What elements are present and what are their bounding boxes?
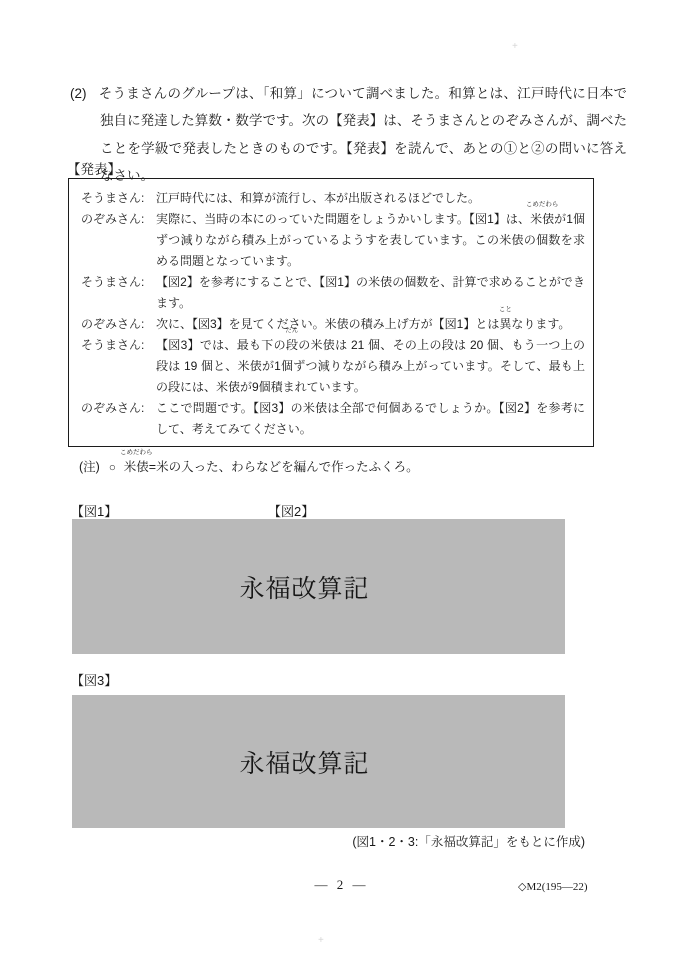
presentation-box: そうまさん: 江戸時代には、和算が流行し、本が出版されるほどでした。 のぞみさん… bbox=[68, 178, 594, 447]
dialogue-row: そうまさん: 江戸時代には、和算が流行し、本が出版されるほどでした。 bbox=[81, 188, 585, 209]
speaker-name: のぞみさん: bbox=[81, 209, 156, 272]
registration-mark: + bbox=[512, 42, 518, 52]
question-text: そうまさんのグループは、「和算」について調べました。和算とは、江戸時代に日本で独… bbox=[99, 86, 628, 184]
speaker-name: そうまさん: bbox=[81, 272, 156, 314]
figure-source-text: 永福改算記 bbox=[239, 744, 369, 780]
footnote: (注)○米俵こめだわら=米の入った、わらなどを編んで作ったふくろ。 bbox=[79, 457, 419, 475]
dialogue-row: そうまさん: 【図3】では、最も下の段だんの米俵は 21 個、その上の段は 20… bbox=[81, 335, 585, 398]
speaker-name: そうまさん: bbox=[81, 188, 156, 209]
dialogue-text: 次に、【図3】を見てください。米俵の積み上げ方が【図1】とは異ことなります。 bbox=[156, 314, 585, 335]
footnote-text: 米俵こめだわら=米の入った、わらなどを編んで作ったふくろ。 bbox=[124, 460, 419, 474]
registration-mark: + bbox=[318, 936, 324, 946]
footnote-bullet-icon: ○ bbox=[109, 462, 116, 474]
document-code: ◇M2(195—22) bbox=[518, 880, 588, 893]
dialogue-text: 【図2】を参考にすることで、【図1】の米俵の個数を、計算で求めることができます。 bbox=[156, 272, 585, 314]
exam-page: (2)そうまさんのグループは、「和算」について調べました。和算とは、江戸時代に日… bbox=[0, 0, 680, 962]
dialogue-row: のぞみさん: ここで問題です。【図3】の米俵は全部で何個あるでしょうか。【図2】… bbox=[81, 398, 585, 440]
dialogue-text: ここで問題です。【図3】の米俵は全部で何個あるでしょうか。【図2】を参考にして、… bbox=[156, 398, 585, 440]
speaker-name: そうまさん: bbox=[81, 335, 156, 398]
figure-1-2-image-placeholder: 永福改算記 bbox=[72, 519, 565, 654]
figure-1-label: 【図1】 bbox=[71, 501, 117, 520]
question-intro: (2)そうまさんのグループは、「和算」について調べました。和算とは、江戸時代に日… bbox=[70, 80, 627, 190]
footnote-prefix: (注) bbox=[79, 460, 100, 474]
figure-3-image-placeholder: 永福改算記 bbox=[72, 695, 565, 828]
dialogue-row: のぞみさん: 次に、【図3】を見てください。米俵の積み上げ方が【図1】とは異こと… bbox=[81, 314, 585, 335]
figure-source-caption: (図1・2・3:「永福改算記」をもとに作成) bbox=[72, 832, 585, 850]
presentation-label: 【発表】 bbox=[67, 158, 121, 178]
dialogue-row: のぞみさん: 実際に、当時の本にのっていた問題をしょうかいします。【図1】は、米… bbox=[81, 209, 585, 272]
figure-source-text: 永福改算記 bbox=[239, 569, 369, 605]
dialogue-text: 実際に、当時の本にのっていた問題をしょうかいします。【図1】は、米俵こめだわらが… bbox=[156, 209, 585, 272]
speaker-name: のぞみさん: bbox=[81, 314, 156, 335]
dialogue-text: 【図3】では、最も下の段だんの米俵は 21 個、その上の段は 20 個、もう一つ… bbox=[156, 335, 585, 398]
question-number: (2) bbox=[70, 86, 87, 101]
figure-2-label: 【図2】 bbox=[268, 501, 314, 520]
figure-3-label: 【図3】 bbox=[71, 670, 117, 689]
dialogue-text: 江戸時代には、和算が流行し、本が出版されるほどでした。 bbox=[156, 188, 585, 209]
speaker-name: のぞみさん: bbox=[81, 398, 156, 440]
